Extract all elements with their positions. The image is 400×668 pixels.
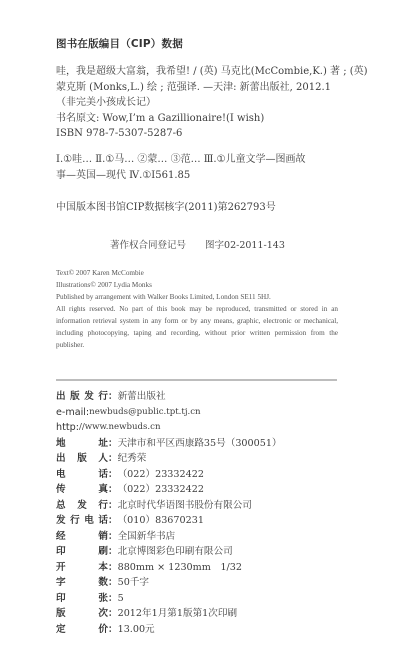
- rights-notice: Text© 2007 Karen McCombie Illustrations©…: [56, 267, 338, 351]
- arrangement-notice: Published by arrangement with Walker Boo…: [56, 291, 338, 303]
- cip-line-isbn: ISBN 978-7-5307-5287-6: [56, 126, 346, 142]
- label-printer: 印刷: [56, 544, 108, 560]
- value-publisher: 新蕾出版社: [118, 389, 166, 405]
- cip-line-original-title: 书名原文: Wow,I’m a Gazillionaire!(I wish): [56, 111, 346, 127]
- row-publisher: 出版发行 ： 新蕾出版社: [56, 389, 340, 405]
- label-publisher-person: 出版人: [56, 451, 108, 467]
- row-distributor: 总发行 ： 北京时代华语图书股份有限公司: [56, 498, 340, 514]
- label-seller: 经销: [56, 529, 108, 545]
- value-printer: 北京博图彩色印刷有限公司: [118, 544, 233, 560]
- value-address: 天津市和平区西康路35号（300051）: [118, 436, 282, 452]
- row-seller: 经销 ： 全国新华书店: [56, 529, 340, 545]
- value-publisher-person: 纪秀荣: [118, 451, 147, 467]
- cip-line-illustrator: 蒙克斯 (Monks,L.) 绘 ; 范强译. —天津: 新蕾出版社, 2012…: [56, 80, 346, 96]
- row-website: http: //www.newbuds.cn: [56, 420, 340, 436]
- cip-line-title: 哇，我是超级大富翁，我希望! / (英) 马克比(McCombie,K.) 著 …: [56, 64, 346, 80]
- row-fax: 传真 ： （022）23332422: [56, 482, 340, 498]
- label-distributor: 总发行: [56, 498, 108, 514]
- contract-label: 著作权合同登记号: [110, 240, 186, 251]
- label-distribution-phone: 发行电话: [56, 513, 108, 529]
- value-distributor: 北京时代华语图书股份有限公司: [118, 498, 252, 514]
- label-fax: 传真: [56, 482, 108, 498]
- all-rights-reserved: All rights reserved. No part of this boo…: [56, 303, 338, 351]
- label-publisher: 出版发行: [56, 389, 108, 405]
- cip-heading: 图书在版编目（CIP）数据: [56, 36, 183, 51]
- label-edition: 版次: [56, 606, 108, 622]
- cip-record: 哇，我是超级大富翁，我希望! / (英) 马克比(McCombie,K.) 著 …: [56, 64, 346, 142]
- value-seller: 全国新华书店: [118, 529, 176, 545]
- label-word-count: 字数: [56, 575, 108, 591]
- row-price: 定价 ： 13.00元: [56, 622, 340, 638]
- row-format: 开本 ： 880mm × 1230mm 1/32: [56, 560, 340, 576]
- section-divider: [56, 379, 337, 381]
- label-sheets: 印张: [56, 591, 108, 607]
- row-phone: 电话 ： （022）23332422: [56, 467, 340, 483]
- classification-block: Ⅰ.①哇… Ⅱ.①马… ②蒙… ③范… Ⅲ.①儿童文学—图画故 事—英国—现代 …: [56, 152, 346, 184]
- value-phone: （022）23332422: [118, 467, 204, 483]
- label-address: 地址: [56, 436, 108, 452]
- cip-verification-number: 中国版本图书馆CIP数据核字(2011)第262793号: [56, 198, 276, 213]
- label-phone: 电话: [56, 467, 108, 483]
- value-sheets: 5: [118, 591, 124, 607]
- row-edition: 版次 ： 2012年1月第1版第1次印刷: [56, 606, 340, 622]
- label-website: http:: [56, 420, 79, 436]
- value-format: 880mm × 1230mm 1/32: [118, 560, 242, 576]
- row-word-count: 字数 ： 50千字: [56, 575, 340, 591]
- row-address: 地址 ： 天津市和平区西康路35号（300051）: [56, 436, 340, 452]
- publication-info: 出版发行 ： 新蕾出版社 e-mail: newbuds@public.tpt.…: [56, 389, 340, 637]
- value-word-count: 50千字: [118, 575, 149, 591]
- row-publisher-person: 出版人 ： 纪秀荣: [56, 451, 340, 467]
- label-email: e-mail:: [56, 405, 89, 421]
- text-copyright: Text© 2007 Karen McCombie: [56, 267, 338, 279]
- value-email[interactable]: newbuds@public.tpt.tj.cn: [89, 405, 200, 421]
- illustrations-copyright: Illustrations© 2007 Lydia Monks: [56, 279, 338, 291]
- classification-line-1: Ⅰ.①哇… Ⅱ.①马… ②蒙… ③范… Ⅲ.①儿童文学—图画故: [56, 152, 346, 168]
- value-fax: （022）23332422: [118, 482, 204, 498]
- contract-number: 图字02-2011-143: [205, 240, 285, 251]
- row-sheets: 印张 ： 5: [56, 591, 340, 607]
- classification-line-2: 事—英国—现代 Ⅳ.①I561.85: [56, 168, 346, 184]
- cip-line-series: （非完美小孩成长记）: [56, 95, 346, 111]
- value-distribution-phone: （010）83670231: [118, 513, 204, 529]
- label-price: 定价: [56, 622, 108, 638]
- value-price: 13.00元: [118, 622, 155, 638]
- copyright-contract-registration: 著作权合同登记号 图字02-2011-143: [110, 237, 285, 251]
- row-distribution-phone: 发行电话 ： （010）83670231: [56, 513, 340, 529]
- row-printer: 印刷 ： 北京博图彩色印刷有限公司: [56, 544, 340, 560]
- row-email: e-mail: newbuds@public.tpt.tj.cn: [56, 405, 340, 421]
- value-website[interactable]: //www.newbuds.cn: [79, 420, 161, 436]
- value-edition: 2012年1月第1版第1次印刷: [118, 606, 237, 622]
- label-format: 开本: [56, 560, 108, 576]
